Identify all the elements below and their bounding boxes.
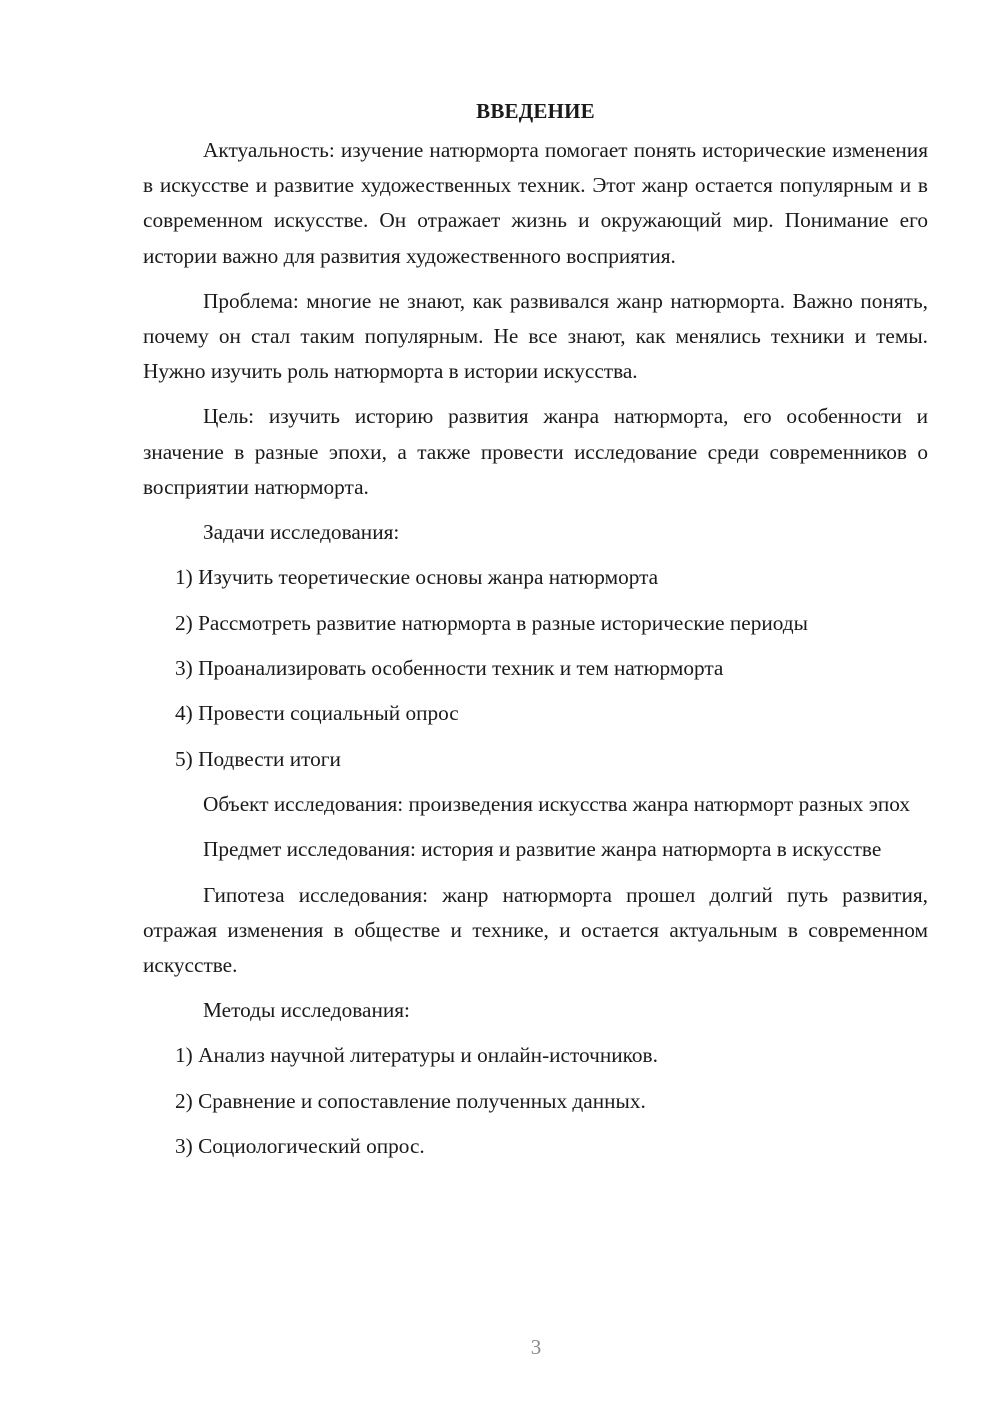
tasks-list: 1) Изучить теоретические основы жанра на… [143,560,928,777]
list-item: 5) Подвести итоги [143,742,928,777]
list-item: 2) Рассмотреть развитие натюрморта в раз… [143,606,928,641]
page-number: 3 [0,1333,1000,1361]
problem-paragraph: Проблема: многие не знают, как развивалс… [143,284,928,390]
document-page: ВВЕДЕНИЕ Актуальность: изучение натюрмор… [143,94,928,1175]
object-paragraph: Объект исследования: произведения искусс… [143,787,928,822]
hypothesis-paragraph: Гипотеза исследования: жанр натюрморта п… [143,878,928,984]
list-item: 4) Провести социальный опрос [143,696,928,731]
list-item: 2) Сравнение и сопоставление полученных … [143,1084,928,1119]
list-item: 3) Социологический опрос. [143,1129,928,1164]
methods-list: 1) Анализ научной литературы и онлайн-ис… [143,1038,928,1164]
section-heading: ВВЕДЕНИЕ [143,94,928,129]
list-item: 1) Изучить теоретические основы жанра на… [143,560,928,595]
subject-paragraph: Предмет исследования: история и развитие… [143,832,928,867]
list-item: 1) Анализ научной литературы и онлайн-ис… [143,1038,928,1073]
goal-paragraph: Цель: изучить историю развития жанра нат… [143,399,928,505]
tasks-label: Задачи исследования: [143,515,928,550]
methods-label: Методы исследования: [143,993,928,1028]
relevance-paragraph: Актуальность: изучение натюрморта помога… [143,133,928,274]
list-item: 3) Проанализировать особенности техник и… [143,651,928,686]
